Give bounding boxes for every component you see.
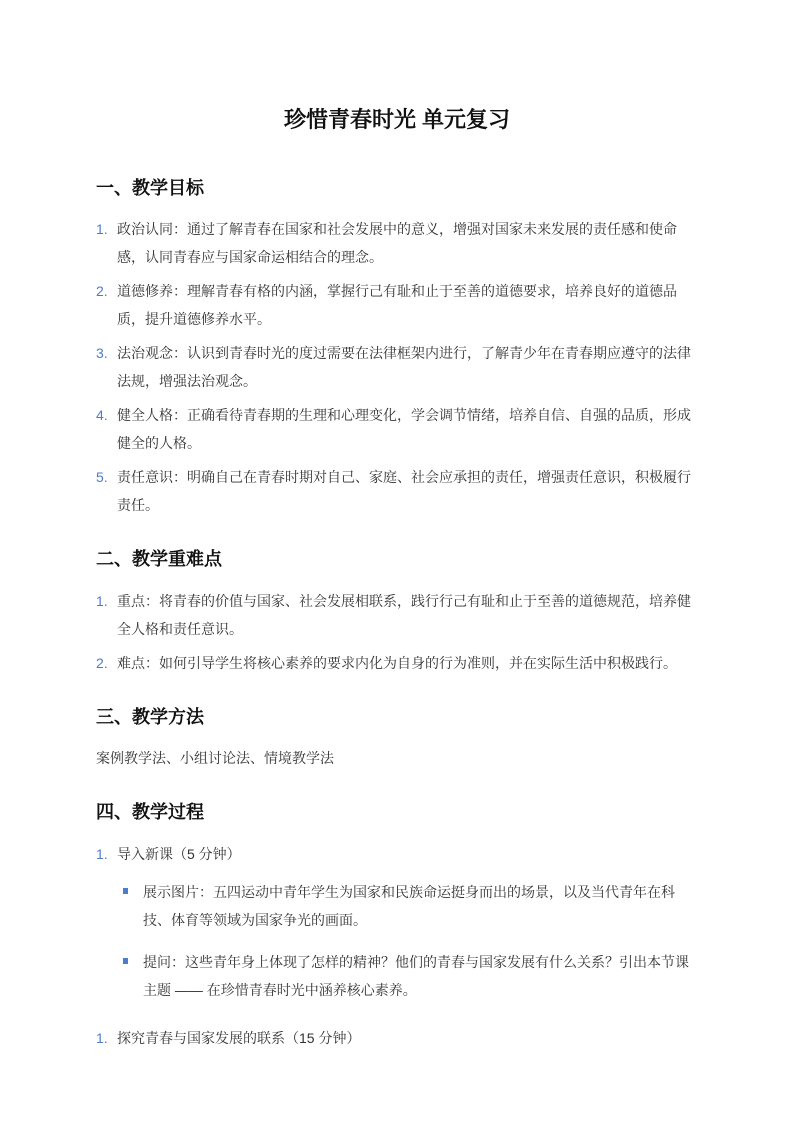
- list-item-text: 健全人格：正确看待青春期的生理和心理变化，学会调节情绪，培养自信、自强的品质，形…: [117, 401, 698, 457]
- list-item-text: 难点：如何引导学生将核心素养的要求内化为自身的行为准则，并在实际生活中积极践行。: [117, 649, 698, 677]
- sub-list-item: 提问：这些青年身上体现了怎样的精神？他们的青春与国家发展有什么关系？引出本节课主…: [117, 948, 698, 1004]
- list-item: 2. 难点：如何引导学生将核心素养的要求内化为自身的行为准则，并在实际生活中积极…: [96, 649, 698, 677]
- list-item-text: 政治认同：通过了解青春在国家和社会发展中的意义，增强对国家未来发展的责任感和使命…: [117, 215, 698, 271]
- list-item-text: 责任意识：明确自己在青春时期对自己、家庭、社会应承担的责任，增强责任意识，积极履…: [117, 463, 698, 519]
- section-heading-teaching-goals: 一、教学目标: [96, 178, 698, 200]
- section-heading-teaching-methods: 三、教学方法: [96, 707, 698, 729]
- list-item-number: 1.: [96, 587, 117, 643]
- list-item: 4. 健全人格：正确看待青春期的生理和心理变化，学会调节情绪，培养自信、自强的品…: [96, 401, 698, 457]
- list-item-text: 法治观念：认识到青春时光的度过需要在法律框架内进行，了解青少年在青春期应遵守的法…: [117, 339, 698, 395]
- list-item: 1. 导入新课（5 分钟） 展示图片：五四运动中青年学生为国家和民族命运挺身而出…: [96, 840, 698, 1018]
- sub-list: 展示图片：五四运动中青年学生为国家和民族命运挺身而出的场景，以及当代青年在科技、…: [117, 878, 698, 1004]
- document-page: 珍惜青春时光 单元复习 一、教学目标 1. 政治认同：通过了解青春在国家和社会发…: [0, 0, 794, 1123]
- list-item: 5. 责任意识：明确自己在青春时期对自己、家庭、社会应承担的责任，增强责任意识，…: [96, 463, 698, 519]
- section-heading-teaching-process: 四、教学过程: [96, 802, 698, 824]
- key-difficult-points-list: 1. 重点：将青春的价值与国家、社会发展相联系，践行行己有耻和止于至善的道德规范…: [96, 587, 698, 677]
- teaching-goals-list: 1. 政治认同：通过了解青春在国家和社会发展中的意义，增强对国家未来发展的责任感…: [96, 215, 698, 519]
- sub-list-item-text: 展示图片：五四运动中青年学生为国家和民族命运挺身而出的场景，以及当代青年在科技、…: [143, 878, 698, 934]
- sub-list-item: 展示图片：五四运动中青年学生为国家和民族命运挺身而出的场景，以及当代青年在科技、…: [117, 878, 698, 934]
- list-item: 2. 道德修养：理解青春有格的内涵，掌握行己有耻和止于至善的道德要求，培养良好的…: [96, 277, 698, 333]
- list-item: 1. 探究青春与国家发展的联系（15 分钟）: [96, 1024, 698, 1052]
- teaching-methods-paragraph: 案例教学法、小组讨论法、情境教学法: [96, 744, 698, 772]
- list-item-number: 3.: [96, 339, 117, 395]
- bullet-icon: [117, 878, 143, 934]
- section-heading-key-difficult-points: 二、教学重难点: [96, 549, 698, 571]
- list-item-number: 5.: [96, 463, 117, 519]
- list-item: 1. 重点：将青春的价值与国家、社会发展相联系，践行行己有耻和止于至善的道德规范…: [96, 587, 698, 643]
- list-item-text: 导入新课（5 分钟）: [117, 840, 698, 868]
- list-item-number: 1.: [96, 1024, 117, 1052]
- list-item-number: 4.: [96, 401, 117, 457]
- list-item-number: 1.: [96, 215, 117, 271]
- list-item-body: 导入新课（5 分钟） 展示图片：五四运动中青年学生为国家和民族命运挺身而出的场景…: [117, 840, 698, 1018]
- page-title: 珍惜青春时光 单元复习: [96, 106, 698, 134]
- list-item-text: 重点：将青春的价值与国家、社会发展相联系，践行行己有耻和止于至善的道德规范，培养…: [117, 587, 698, 643]
- bullet-icon: [117, 948, 143, 1004]
- list-item: 3. 法治观念：认识到青春时光的度过需要在法律框架内进行，了解青少年在青春期应遵…: [96, 339, 698, 395]
- sub-list-item-text: 提问：这些青年身上体现了怎样的精神？他们的青春与国家发展有什么关系？引出本节课主…: [143, 948, 698, 1004]
- list-item-number: 1.: [96, 840, 117, 1018]
- list-item-number: 2.: [96, 649, 117, 677]
- list-item: 1. 政治认同：通过了解青春在国家和社会发展中的意义，增强对国家未来发展的责任感…: [96, 215, 698, 271]
- teaching-process-list: 1. 导入新课（5 分钟） 展示图片：五四运动中青年学生为国家和民族命运挺身而出…: [96, 840, 698, 1052]
- list-item-text: 道德修养：理解青春有格的内涵，掌握行己有耻和止于至善的道德要求，培养良好的道德品…: [117, 277, 698, 333]
- list-item-text: 探究青春与国家发展的联系（15 分钟）: [117, 1024, 698, 1052]
- list-item-number: 2.: [96, 277, 117, 333]
